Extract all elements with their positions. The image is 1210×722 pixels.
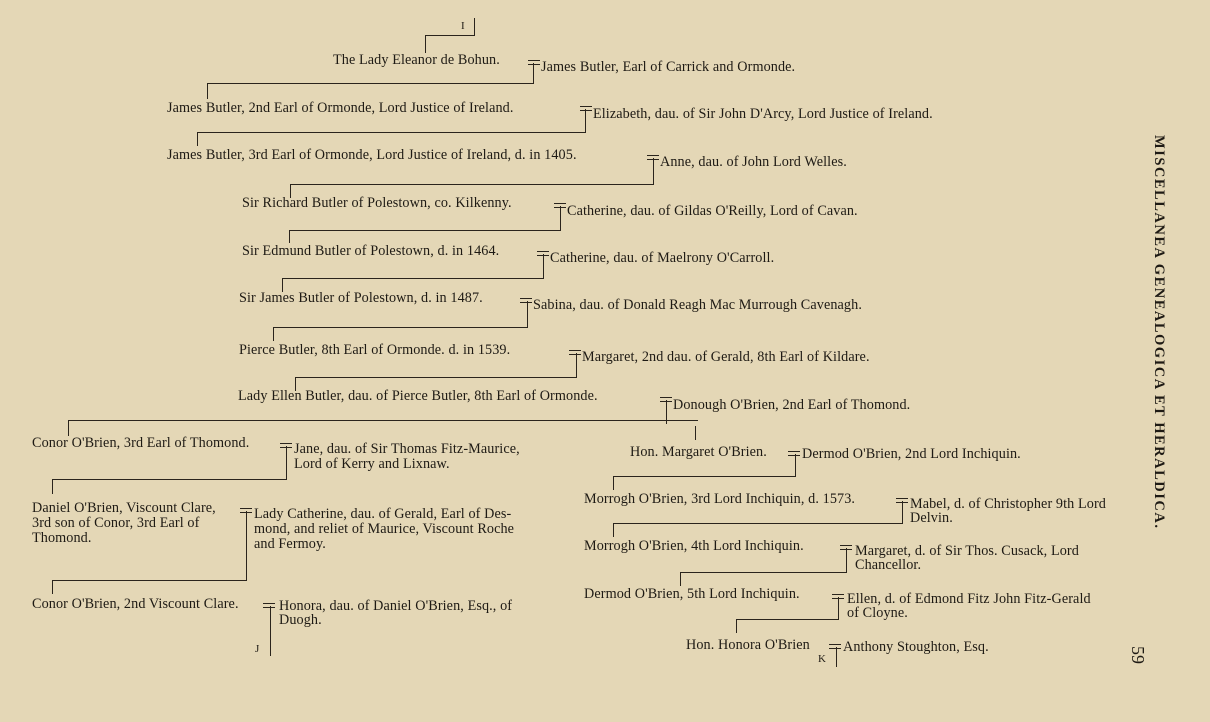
generation-5-spouse: Sabina, dau. of Donald Reagh Mac Murroug…: [533, 297, 862, 313]
right-1-spouse-line-2: Delvin.: [910, 510, 953, 526]
connector: [736, 619, 737, 633]
connector: [273, 327, 274, 341]
left-1-person-line-2: 3rd son of Conor, 3rd Earl of: [32, 515, 199, 531]
left-1-person-line-3: Thomond.: [32, 530, 92, 546]
connector: [425, 35, 426, 53]
marriage-symbol: [280, 443, 292, 444]
connector: [286, 446, 287, 479]
left-2-spouse-line-2: Duogh.: [279, 612, 322, 628]
generation-6-person: Pierce Butler, 8th Earl of Ormonde. d. i…: [239, 342, 510, 358]
left-1-spouse-line-1: Lady Catherine, dau. of Gerald, Earl of …: [254, 506, 511, 522]
marriage-symbol: [569, 350, 581, 351]
connector: [246, 511, 247, 580]
right-2-spouse-line-2: Chancellor.: [855, 557, 921, 573]
connector: [197, 132, 198, 146]
connector: [613, 476, 796, 477]
right-4-spouse: Anthony Stoughton, Esq.: [843, 639, 989, 655]
generation-2-spouse: Anne, dau. of John Lord Welles.: [660, 154, 847, 170]
connector: [680, 572, 681, 586]
left-1-spouse-line-2: mond, and reliet of Maurice, Viscount Ro…: [254, 521, 514, 537]
connector: [289, 230, 290, 243]
page-number: 59: [1127, 646, 1148, 664]
left-1-person-line-1: Daniel O'Brien, Viscount Clare,: [32, 500, 216, 516]
left-0-spouse-line-1: Jane, dau. of Sir Thomas Fitz-Maurice,: [294, 441, 520, 457]
generation-4-spouse: Catherine, dau. of Maelrony O'Carroll.: [550, 250, 774, 266]
pedigree-marker-j: J: [255, 643, 259, 655]
marriage-symbol: [554, 203, 566, 204]
left-0-spouse-line-2: Lord of Kerry and Lixnaw.: [294, 456, 450, 472]
connector: [52, 479, 287, 480]
pedigree-marker-i: I: [461, 20, 465, 32]
connector: [613, 523, 903, 524]
left-2-person: Conor O'Brien, 2nd Viscount Clare.: [32, 596, 239, 612]
right-0-spouse: Dermod O'Brien, 2nd Lord Inchiquin.: [802, 446, 1021, 462]
connector: [613, 523, 614, 537]
connector: [560, 206, 561, 230]
left-1-spouse-line-3: and Fermoy.: [254, 536, 326, 552]
connector: [52, 479, 53, 494]
marriage-symbol: [647, 155, 659, 156]
connector: [273, 327, 528, 328]
marriage-symbol: [660, 397, 672, 398]
connector: [207, 83, 208, 99]
connector: [533, 63, 534, 83]
connector: [836, 647, 837, 667]
marriage-symbol: [840, 545, 852, 546]
connector: [846, 548, 847, 572]
connector: [736, 619, 839, 620]
marriage-symbol: [832, 594, 844, 595]
connector: [474, 18, 475, 35]
generation-7-person: Lady Ellen Butler, dau. of Pierce Butler…: [238, 388, 598, 404]
right-2-person: Morrogh O'Brien, 4th Lord Inchiquin.: [584, 538, 804, 554]
right-1-person: Morrogh O'Brien, 3rd Lord Inchiquin, d. …: [584, 491, 855, 507]
connector: [613, 476, 614, 490]
connector: [527, 301, 528, 327]
connector: [653, 158, 654, 184]
marriage-symbol: [520, 298, 532, 299]
connector: [282, 278, 544, 279]
generation-2-person: James Butler, 3rd Earl of Ormonde, Lord …: [167, 147, 577, 163]
marriage-symbol: [829, 644, 841, 645]
generation-0-person: The Lady Eleanor de Bohun.: [333, 52, 500, 68]
marriage-symbol: [537, 251, 549, 252]
connector: [290, 184, 654, 185]
connector: [585, 109, 586, 132]
left-0-person: Conor O'Brien, 3rd Earl of Thomond.: [32, 435, 249, 451]
connector: [902, 501, 903, 523]
connector: [197, 132, 586, 133]
generation-3-person: Sir Richard Butler of Polestown, co. Kil…: [242, 195, 512, 211]
marriage-symbol: [528, 60, 540, 61]
connector: [680, 572, 847, 573]
connector: [289, 230, 561, 231]
connector: [52, 580, 247, 581]
generation-0-spouse: James Butler, Earl of Carrick and Ormond…: [541, 59, 795, 75]
connector: [838, 597, 839, 619]
marriage-symbol: [240, 508, 252, 509]
generation-5-person: Sir James Butler of Polestown, d. in 148…: [239, 290, 483, 306]
connector: [68, 420, 69, 436]
marriage-symbol: [896, 498, 908, 499]
connector: [52, 580, 53, 594]
marriage-symbol: [580, 106, 592, 107]
connector: [295, 377, 577, 378]
running-head: MISCELLANEA GENEALOGICA ET HERALDICA.: [1150, 135, 1167, 529]
right-0-person: Hon. Margaret O'Brien.: [630, 444, 767, 460]
right-3-person: Dermod O'Brien, 5th Lord Inchiquin.: [584, 586, 800, 602]
right-4-person: Hon. Honora O'Brien: [686, 637, 810, 653]
generation-1-person: James Butler, 2nd Earl of Ormonde, Lord …: [167, 100, 514, 116]
generation-7-spouse: Donough O'Brien, 2nd Earl of Thomond.: [673, 397, 910, 413]
connector: [207, 83, 534, 84]
pedigree-marker-k: K: [818, 653, 826, 665]
connector: [68, 420, 698, 421]
right-3-spouse-line-2: of Cloyne.: [847, 605, 908, 621]
connector: [795, 454, 796, 476]
marriage-symbol: [788, 451, 800, 452]
generation-6-spouse: Margaret, 2nd dau. of Gerald, 8th Earl o…: [582, 349, 870, 365]
generation-1-spouse: Elizabeth, dau. of Sir John D'Arcy, Lord…: [593, 106, 933, 122]
connector: [543, 254, 544, 278]
connector: [695, 426, 696, 440]
generation-4-person: Sir Edmund Butler of Polestown, d. in 14…: [242, 243, 499, 259]
connector: [270, 606, 271, 656]
connector: [425, 35, 475, 36]
generation-3-spouse: Catherine, dau. of Gildas O'Reilly, Lord…: [567, 203, 858, 219]
connector: [576, 353, 577, 377]
marriage-symbol: [263, 603, 275, 604]
